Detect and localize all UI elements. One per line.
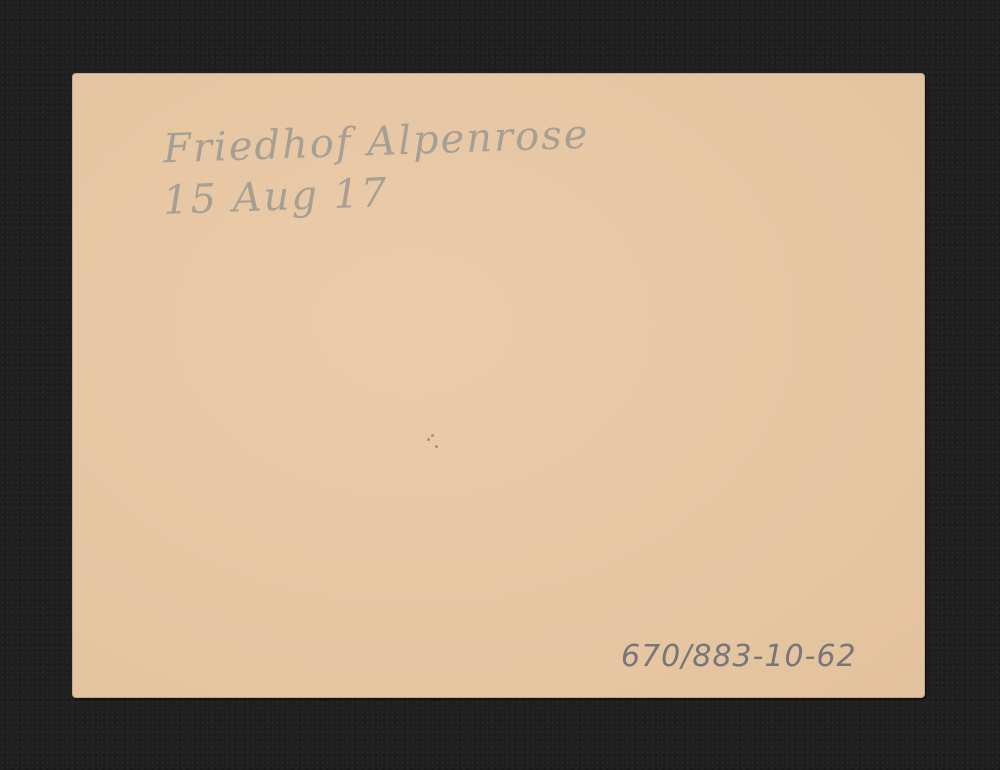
handwritten-inscription-date: 15 Aug 17 (162, 170, 389, 224)
paper-blemish (425, 432, 439, 452)
archive-reference-number: 670/883-10-62 (621, 639, 857, 674)
handwritten-inscription-line-1: Friedhof Alpenrose (162, 112, 590, 173)
archival-card: Friedhof Alpenrose 15 Aug 17 670/883-10-… (73, 74, 924, 697)
